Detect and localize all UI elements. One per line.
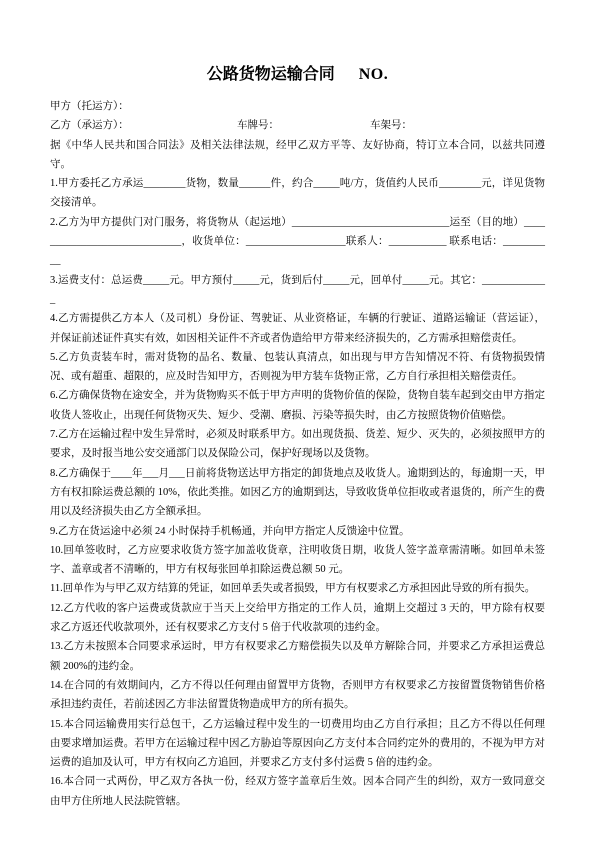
clause-1: 1.甲方委托乙方承运________货物，数量______件，约合_____吨/… xyxy=(50,174,545,213)
clause-11: 11.回单作为与甲乙双方结算的凭证，如回单丢失或者损毁，甲方有权要求乙方承担因此… xyxy=(50,579,545,598)
contract-document-page: 公路货物运输合同NO. 甲方（托运方）： 乙方（承运方）： 车牌号： 车架号： … xyxy=(0,0,595,841)
clause-14: 14.在合同的有效期间内，乙方不得以任何理由留置甲方货物，否则甲方有权要求乙方按… xyxy=(50,676,545,715)
page-title: 公路货物运输合同 xyxy=(207,66,335,83)
clause-10: 10.回单签收时，乙方应要求收货方签字加盖收货章，注明收货日期，收货人签字盖章需… xyxy=(50,541,545,580)
clause-9: 9.乙方在货运途中必须 24 小时保持手机畅通，并向甲方指定人反馈途中位置。 xyxy=(50,522,545,541)
clause-4: 4.乙方需提供乙方本人（及司机）身份证、驾驶证、从业资格证，车辆的行驶证、道路运… xyxy=(50,309,545,348)
document-title-row: 公路货物运输合同NO. xyxy=(50,64,545,86)
party-b-label: 乙方（承运方）： xyxy=(50,116,129,135)
clause-8: 8.乙方确保于____年___月___日前将货物送达甲方指定的卸货地点及收货人。… xyxy=(50,464,545,522)
clause-3: 3.运费支付：总运费_____元。甲方预付_____元，货到后付_____元，回… xyxy=(50,271,545,310)
plate-no-label: 车牌号： xyxy=(237,116,279,135)
party-a-line: 甲方（托运方）： xyxy=(50,97,545,116)
party-b-line: 乙方（承运方）： 车牌号： 车架号： xyxy=(50,116,545,135)
clause-2: 2.乙方为甲方提供门对门服务，将货物从（起运地）________________… xyxy=(50,213,545,271)
clause-7: 7.乙方在运输过程中发生异常时，必须及时联系甲方。如出现货损、货差、短少、灭失的… xyxy=(50,425,545,464)
preamble-text: 据《中华人民共和国合同法》及相关法律法规，经甲乙双方平等、友好协商，特订立本合同… xyxy=(50,136,545,175)
clause-13: 13.乙方未按照本合同要求承运时，甲方有权要求乙方赔偿损失以及单方解除合同，并要… xyxy=(50,637,545,676)
clause-15: 15.本合同运输费用实行总包干，乙方运输过程中发生的一切费用均由乙方自行承担；且… xyxy=(50,715,545,773)
clause-5: 5.乙方负责装车时，需对货物的品名、数量、包装认真清点，如出现与甲方告知情况不符… xyxy=(50,348,545,387)
clause-12: 12.乙方代收的客户运费或货款应于当天上交给甲方指定的工作人员，逾期上交超过 3… xyxy=(50,599,545,638)
frame-no-label: 车架号： xyxy=(370,116,412,135)
contract-no-label: NO. xyxy=(359,66,389,83)
party-a-label: 甲方（托运方）： xyxy=(50,97,129,116)
clause-16: 16.本合同一式两份，甲乙双方各执一份，经双方签字盖章后生效。因本合同产生的纠纷… xyxy=(50,772,545,811)
clause-list: 1.甲方委托乙方承运________货物，数量______件，约合_____吨/… xyxy=(50,174,545,811)
clause-6: 6.乙方确保货物在途安全，并为货物购买不低于甲方声明的货物价值的保险，货物自装车… xyxy=(50,386,545,425)
